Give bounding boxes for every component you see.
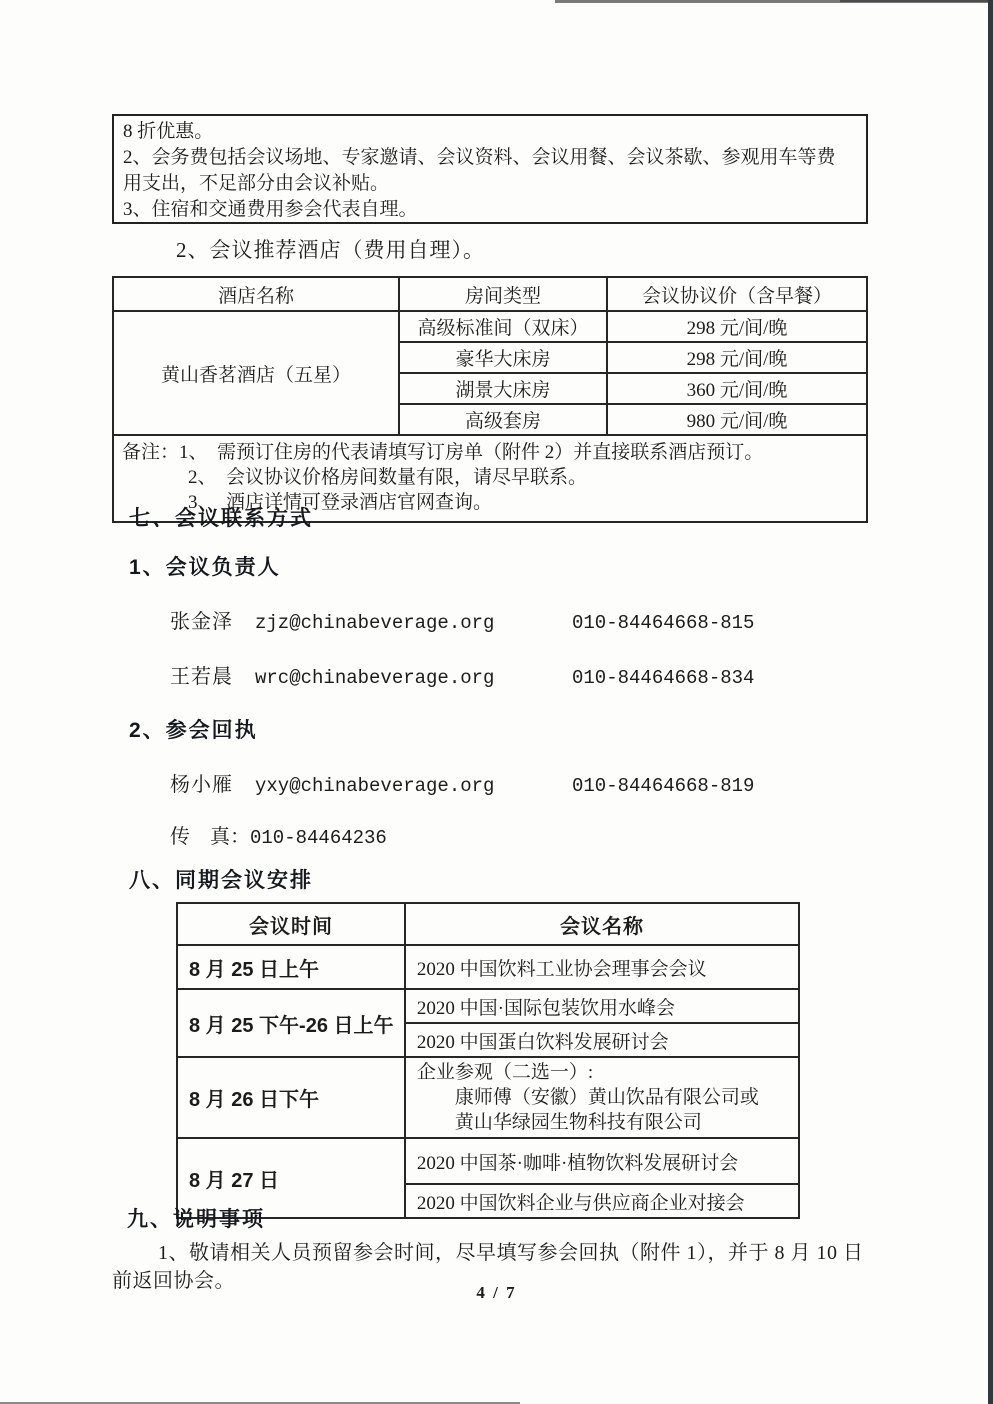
contact-phone: 010-84464668-819: [572, 775, 754, 797]
contact-phone: 010-84464668-815: [572, 612, 754, 634]
hotel-name-cell: 黄山香茗酒店（五星）: [113, 311, 399, 435]
room-type-cell: 高级标准间（双床）: [399, 311, 607, 342]
receipt-subheading: 2、参会回执: [129, 714, 258, 744]
hotel-notes-label: 备注：: [122, 442, 179, 463]
visit-option-line: 企业参观（二选一）:: [417, 1060, 792, 1085]
hotel-table-header-room: 房间类型: [399, 277, 607, 311]
hotel-note: 1、 需预订住房的代表请填写订房单（附件 2）并直接联系酒店预订。: [179, 442, 763, 463]
contact-email: yxy@chinabeverage.org: [255, 775, 567, 797]
room-price-cell: 980 元/间/晚: [607, 404, 867, 435]
contact-row-receipt: 杨小雁 yxy@chinabeverage.org 010-84464668-8…: [170, 768, 754, 797]
contact-email: zjz@chinabeverage.org: [255, 612, 567, 634]
schedule-row: 8 月 25 日上午 2020 中国饮料工业协会理事会会议: [177, 945, 799, 989]
room-price-cell: 298 元/间/晚: [607, 342, 867, 373]
fee-notes-box: 8 折优惠。 2、会务费包括会议场地、专家邀请、会议资料、会议用餐、会议茶歇、参…: [112, 114, 868, 224]
contact-phone: 010-84464668-834: [572, 667, 754, 689]
contact-name: 王若晨: [170, 660, 250, 689]
fee-note-line: 用支出，不足部分由会议补贴。: [123, 171, 857, 197]
scan-edge-right: [988, 0, 993, 1404]
page-number: 4 / 7: [0, 1283, 993, 1303]
hotel-section-heading: 2、会议推荐酒店（费用自理）。: [176, 234, 485, 264]
schedule-row: 8 月 25 下午-26 日上午 2020 中国·国际包装饮用水峰会: [177, 989, 799, 1023]
leader-subheading: 1、会议负责人: [129, 551, 281, 581]
contact-row-leader-1: 张金泽 zjz@chinabeverage.org 010-84464668-8…: [170, 605, 754, 634]
contact-row-leader-2: 王若晨 wrc@chinabeverage.org 010-84464668-8…: [170, 660, 754, 689]
room-type-cell: 豪华大床房: [399, 342, 607, 373]
visit-option-line: 黄山华绿园生物科技有限公司: [417, 1110, 792, 1135]
schedule-section-heading: 八、同期会议安排: [129, 864, 313, 894]
schedule-event-cell: 2020 中国饮料工业协会理事会会议: [405, 945, 799, 989]
room-price-cell: 360 元/间/晚: [607, 373, 867, 404]
contact-name: 张金泽: [170, 605, 250, 634]
hotel-table-header-name: 酒店名称: [113, 277, 399, 311]
hotel-table: 酒店名称 房间类型 会议协议价（含早餐） 黄山香茗酒店（五星） 高级标准间（双床…: [112, 276, 868, 523]
remarks-line-1: 1、敬请相关人员预留参会时间，尽早填写参会回执（附件 1），并于 8 月 10 …: [158, 1236, 864, 1265]
hotel-table-row: 黄山香茗酒店（五星） 高级标准间（双床） 298 元/间/晚: [113, 311, 867, 342]
schedule-event-cell: 2020 中国·国际包装饮用水峰会: [405, 989, 799, 1023]
schedule-time-cell: 8 月 26 日下午: [177, 1057, 405, 1138]
hotel-table-header-row: 酒店名称 房间类型 会议协议价（含早餐）: [113, 277, 867, 311]
schedule-row: 8 月 27 日 2020 中国茶·咖啡·植物饮料发展研讨会: [177, 1138, 799, 1184]
schedule-event-cell: 2020 中国茶·咖啡·植物饮料发展研讨会: [405, 1138, 799, 1184]
schedule-event-cell: 2020 中国蛋白饮料发展研讨会: [405, 1023, 799, 1057]
schedule-header-name: 会议名称: [405, 903, 799, 945]
contact-section-heading: 七、会议联系方式: [129, 502, 313, 532]
schedule-table: 会议时间 会议名称 8 月 25 日上午 2020 中国饮料工业协会理事会会议 …: [176, 902, 800, 1219]
scan-edge-top-dark: [840, 0, 993, 2]
schedule-event-cell: 2020 中国饮料企业与供应商企业对接会: [405, 1184, 799, 1218]
fax-label: 传 真：: [170, 826, 250, 848]
hotel-note: 2、 会议协议价格房间数量有限，请尽早联系。: [122, 465, 860, 490]
schedule-time-cell: 8 月 25 下午-26 日上午: [177, 989, 405, 1057]
fax-row: 传 真：010-84464236: [170, 820, 387, 849]
fee-note-line: 2、会务费包括会议场地、专家邀请、会议资料、会议用餐、会议茶歇、参观用车等费: [123, 145, 857, 171]
schedule-event-cell: 企业参观（二选一）: 康师傅（安徽）黄山饮品有限公司或 黄山华绿园生物科技有限公…: [405, 1057, 799, 1138]
schedule-header-row: 会议时间 会议名称: [177, 903, 799, 945]
schedule-header-time: 会议时间: [177, 903, 405, 945]
room-price-cell: 298 元/间/晚: [607, 311, 867, 342]
remarks-section-heading: 九、说明事项: [127, 1203, 265, 1233]
fee-note-line: 3、住宿和交通费用参会代表自理。: [123, 197, 857, 223]
fax-number: 010-84464236: [250, 827, 387, 849]
schedule-time-cell: 8 月 25 日上午: [177, 945, 405, 989]
room-type-cell: 湖景大床房: [399, 373, 607, 404]
hotel-table-header-price: 会议协议价（含早餐）: [607, 277, 867, 311]
document-page: 8 折优惠。 2、会务费包括会议场地、专家邀请、会议资料、会议用餐、会议茶歇、参…: [0, 0, 993, 1404]
visit-option-line: 康师傅（安徽）黄山饮品有限公司或: [417, 1085, 792, 1110]
contact-email: wrc@chinabeverage.org: [255, 667, 567, 689]
contact-name: 杨小雁: [170, 768, 250, 797]
schedule-row: 8 月 26 日下午 企业参观（二选一）: 康师傅（安徽）黄山饮品有限公司或 黄…: [177, 1057, 799, 1138]
room-type-cell: 高级套房: [399, 404, 607, 435]
fee-note-line: 8 折优惠。: [123, 119, 857, 145]
